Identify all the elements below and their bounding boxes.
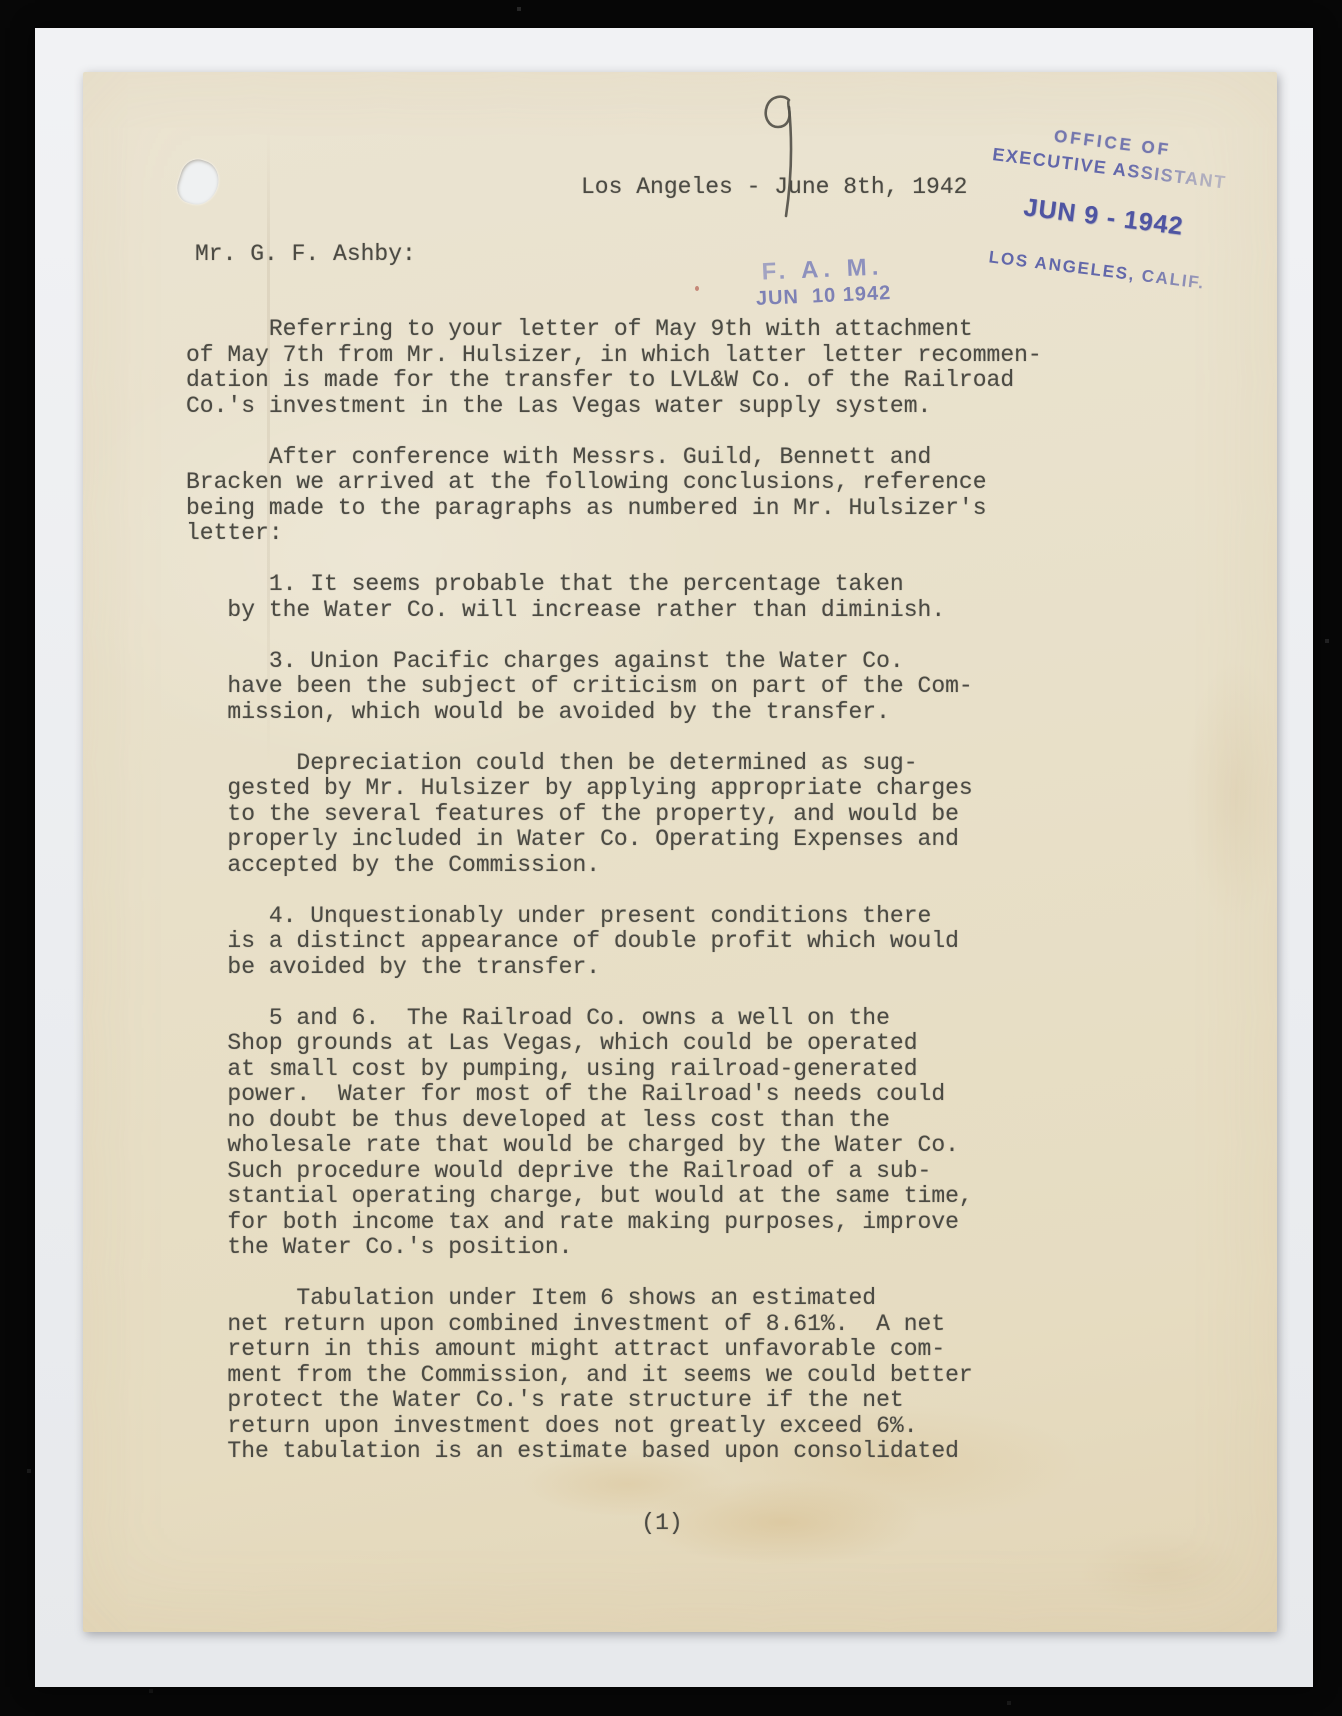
salutation: Mr. G. F. Ashby: [195,241,416,267]
received-stamp-location: LOS ANGELES, CALIF. [961,244,1233,297]
letter-body: Referring to your letter of May 9th with… [186,317,1042,1465]
received-stamp-date: JUN 9 - 1942 [967,187,1241,249]
backing-sheet: 9 Los Angeles - June 8th, 1942 OFFICE OF… [35,28,1313,1687]
scan-background: 9 Los Angeles - June 8th, 1942 OFFICE OF… [0,0,1342,1716]
letter-page: 9 Los Angeles - June 8th, 1942 OFFICE OF… [83,72,1277,1632]
routing-stamp: F. A. M. JUN 10 1942 [734,252,912,312]
paper-hole [173,155,224,210]
dateline: Los Angeles - June 8th, 1942 [581,174,967,200]
dust-specks [0,0,2,2]
handwritten-digit-9: 9 [761,94,805,220]
received-stamp: OFFICE OF EXECUTIVE ASSISTANT JUN 9 - 19… [959,111,1250,315]
ink-speck [695,286,699,291]
page-number: (1) [65,1510,1259,1536]
